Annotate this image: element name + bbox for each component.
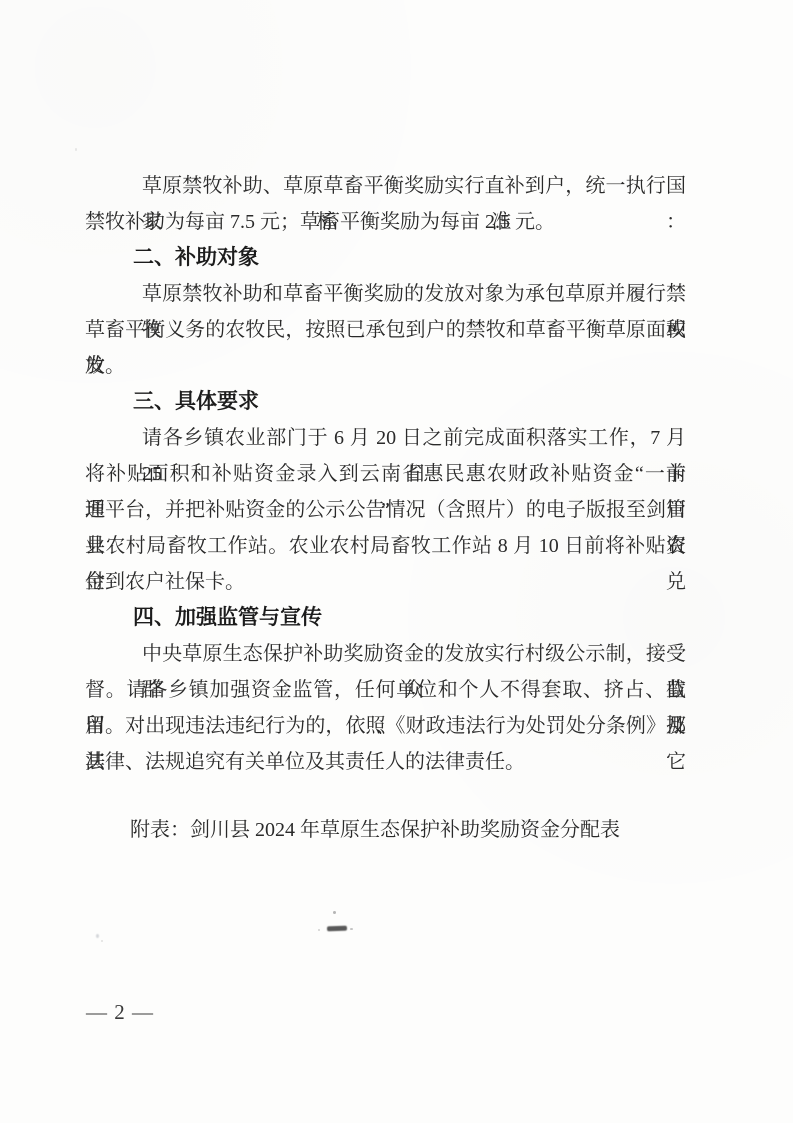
section-heading: 四、加强监管与宣传 bbox=[85, 600, 686, 636]
attachment-note: 附表：剑川县 2024 年草原生态保护补助奖励资金分配表 bbox=[85, 812, 686, 848]
paragraph-line: 请各乡镇农业部门于 6 月 20 日之前完成面积落实工作，7 月 25 日前 bbox=[85, 420, 686, 456]
paragraph-line: 草原禁牧补助、草原草畜平衡奖励实行直补到户，统一执行国家标准： bbox=[85, 168, 686, 204]
scan-speck bbox=[101, 940, 103, 942]
scan-speck bbox=[96, 934, 99, 938]
scan-speck bbox=[75, 148, 77, 151]
paragraph-line: 草原禁牧补助和草畜平衡奖励的发放对象为承包草原并履行禁牧或 bbox=[85, 276, 686, 312]
paragraph-line: 中央草原生态保护补助奖励资金的发放实行村级公示制，接受群众监 bbox=[85, 636, 686, 672]
paragraph-line: 草畜平衡义务的农牧民，按照已承包到户的禁牧和草畜平衡草原面积发 bbox=[85, 312, 686, 348]
page-number: — 2 — bbox=[86, 1000, 154, 1025]
paragraph-line: 理平台，并把补贴资金的公示公告情况（含照片）的电子版报至剑川县农 bbox=[85, 492, 686, 528]
paragraph-line: 放。 bbox=[85, 348, 686, 384]
paragraph-line: 用。对出现违法违纪行为的，依照《财政违法行为处罚处分条例》及其它 bbox=[85, 708, 686, 744]
ink-speck bbox=[333, 911, 336, 914]
paragraph-line: 将补贴面积和补贴资金录入到云南省惠民惠农财政补贴资金“一卡通”管 bbox=[85, 456, 686, 492]
section-heading: 三、具体要求 bbox=[85, 384, 686, 420]
document-body: 草原禁牧补助、草原草畜平衡奖励实行直补到户，统一执行国家标准：禁牧补助为每亩 7… bbox=[85, 168, 686, 848]
scanned-document-page: 草原禁牧补助、草原草畜平衡奖励实行直补到户，统一执行国家标准：禁牧补助为每亩 7… bbox=[0, 0, 793, 1123]
paragraph-line: 业农村局畜牧工作站。农业农村局畜牧工作站 8 月 10 日前将补贴资金兑 bbox=[85, 528, 686, 564]
ink-speck bbox=[318, 929, 320, 931]
ink-smudge-mark bbox=[327, 926, 347, 932]
section-heading: 二、补助对象 bbox=[85, 240, 686, 276]
ink-speck bbox=[350, 928, 353, 930]
paragraph-line: 督。请各乡镇加强资金监管，任何单位和个人不得套取、挤占、截留、挪 bbox=[85, 672, 686, 708]
